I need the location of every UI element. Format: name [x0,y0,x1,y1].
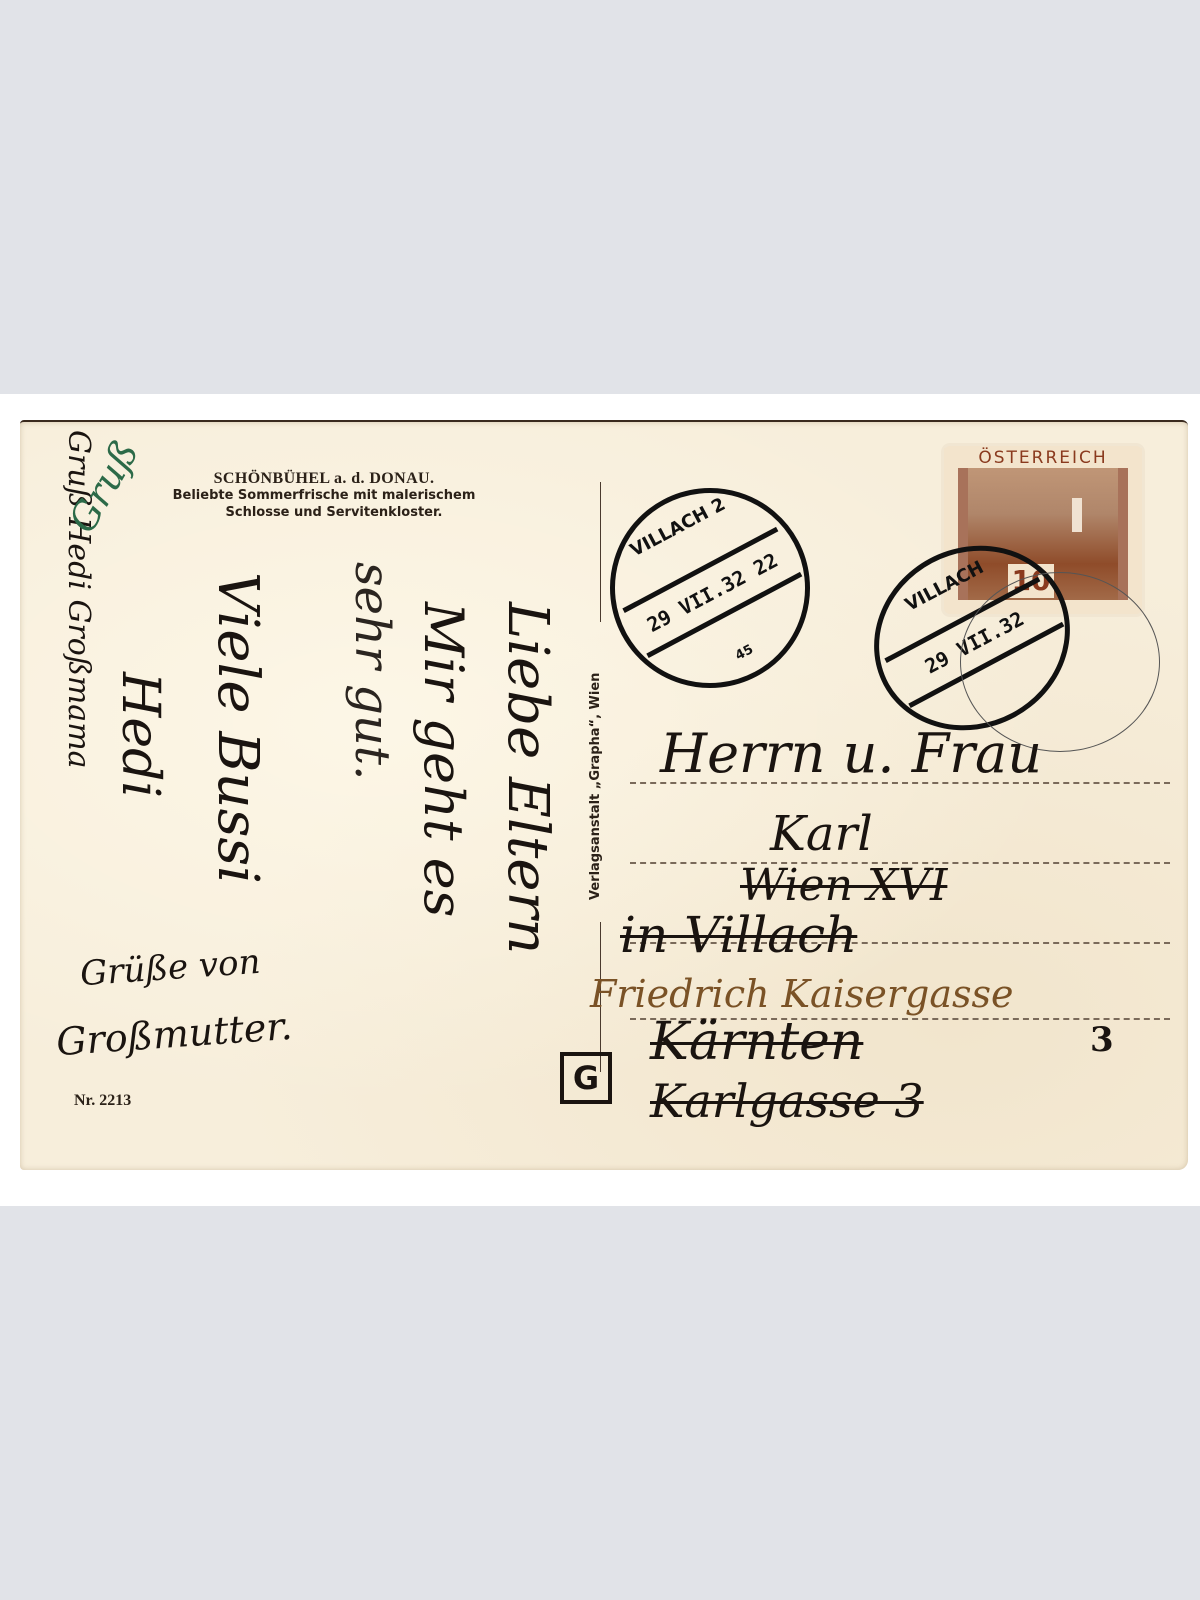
address-line-7-struck: Karlgasse 3 [650,1074,924,1128]
printed-caption: SCHÖNBÜHEL a. d. DONAU. Beliebte Sommerf… [104,470,544,521]
castle-tower-icon [1072,498,1082,532]
message-line-5: Großmutter. [55,1004,294,1064]
address-forwarding: Friedrich Kaisergasse [590,972,1013,1016]
message-line-1: Mir geht es [412,602,475,917]
caption-subtitle-2: Schlosse und Servitenkloster. [104,504,544,521]
address-line-2: Karl [770,806,873,862]
postmark-1: VILLACH 2 29 VII.32 22 45 [575,453,845,723]
signature: Hedi [110,672,170,798]
message-line-4: Grüße von [79,942,262,994]
divider-top [600,482,601,622]
caption-subtitle-1: Beliebte Sommerfrische mit malerischem [104,487,544,504]
caption-title: SCHÖNBÜHEL a. d. DONAU. [104,470,544,487]
stamp-country: ÖSTERREICH [944,448,1142,468]
address-line-4: in Villach [620,906,857,964]
publisher-logo: G [560,1052,612,1104]
message-greeting: Liebe Eltern [495,602,560,954]
card-number: Nr. 2213 [74,1092,131,1110]
message-line-2: sehr gut. [344,562,400,780]
publisher-imprint: Verlagsanstalt „Grapha“, Wien [588,673,603,900]
address-line-6: Kärnten [650,1012,863,1072]
postcard-back: SCHÖNBÜHEL a. d. DONAU. Beliebte Sommerf… [20,420,1188,1170]
address-line-3-struck: Wien XVI [740,860,947,911]
address-line-1: Herrn u. Frau [660,722,1042,785]
message-line-3: Viele Bussi [205,572,270,884]
address-house-number: 3 [1090,1020,1114,1060]
